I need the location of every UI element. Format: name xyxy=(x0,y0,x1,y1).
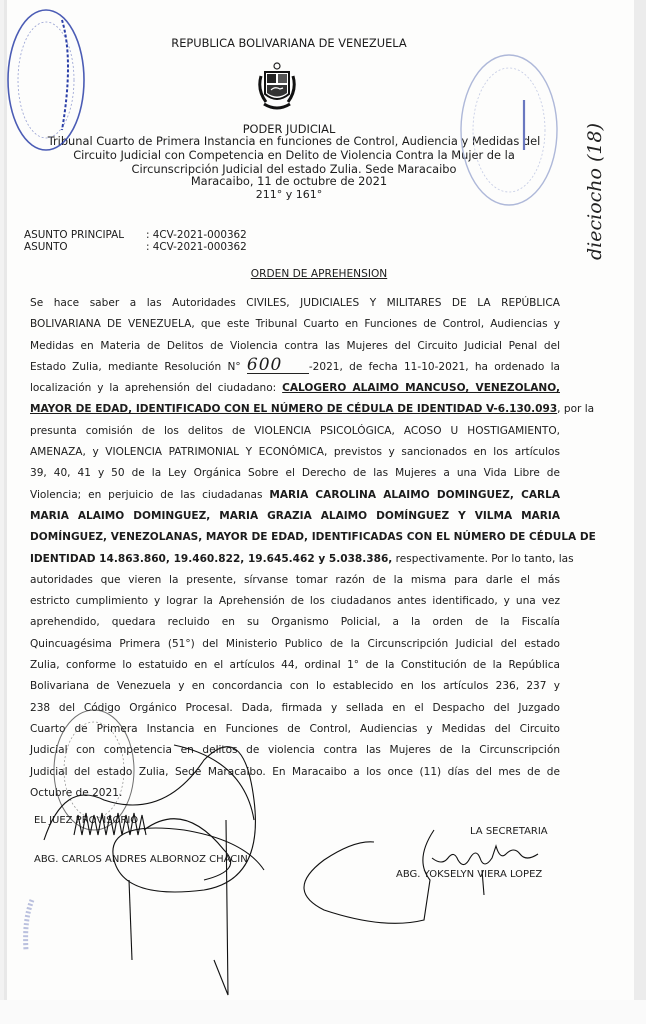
court-stamp-bottom-left-icon xyxy=(26,900,32,950)
page-bottom-margin xyxy=(0,1000,646,1024)
document-page: REPUBLICA BOLIVARIANA DE VENEZUELA PODER… xyxy=(4,0,634,1000)
judge-signature-icon xyxy=(44,745,264,995)
page-left-edge xyxy=(4,0,7,1000)
secretary-signature-icon xyxy=(304,830,538,923)
court-stamp-signature-icon xyxy=(54,710,134,830)
stamps-and-signatures xyxy=(4,0,634,1000)
court-stamp-top-right-icon xyxy=(461,55,557,205)
page-right-edge xyxy=(634,0,646,1000)
court-stamp-top-left-icon xyxy=(8,10,84,150)
